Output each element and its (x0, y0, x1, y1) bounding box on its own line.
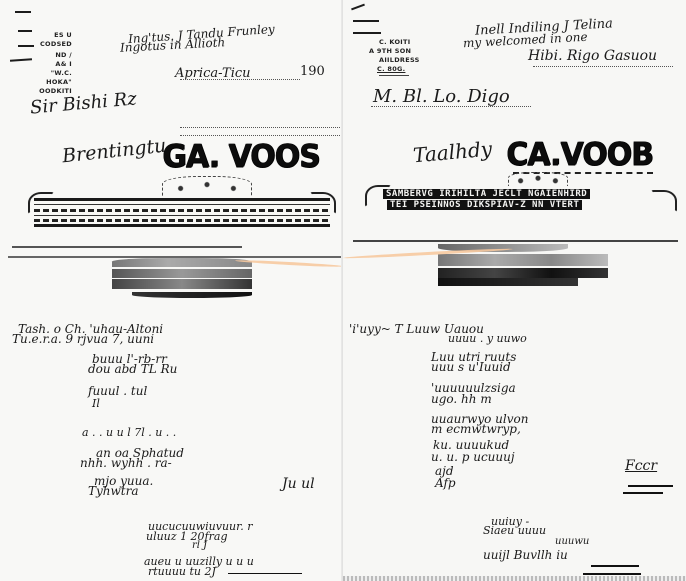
body-line: Tyhwtra (88, 484, 139, 498)
company-logo: CA.VOOB (506, 139, 653, 171)
crest-ornament (162, 176, 252, 196)
body-line: m ecmwtwryp, (431, 422, 521, 436)
letterhead-line: A& I (32, 60, 72, 69)
letterhead-dash (351, 4, 365, 11)
body-line: Afp (435, 476, 456, 490)
tagline-line: TEI PSEINNOS DIKSPIAV-Z NN VTERT (387, 200, 582, 210)
letterhead-dash (18, 30, 32, 32)
letterhead-dash (10, 58, 32, 62)
closing-line: rtuuuu tu 2J (148, 565, 216, 578)
closing-line: uluuz 1 20frag (146, 530, 228, 543)
scan-photo-strip (112, 258, 252, 304)
margin-underline (628, 485, 673, 487)
letterhead-line: AIILDRESS (369, 56, 419, 65)
opening-word: Brentingtu (61, 135, 167, 168)
salutation: M. Bl. Lo. Digo (373, 86, 510, 107)
closing-line: uuuwu (555, 536, 589, 547)
banner-flourish-icon (310, 192, 336, 214)
closing-line: uuijl Buvllh iu (483, 548, 568, 562)
margin-note: Fccr (625, 458, 657, 474)
letterhead-rule (180, 127, 342, 128)
letterhead-dash (353, 32, 381, 34)
body-line: uuuu . y uuwo (448, 332, 527, 345)
body-line: Il (92, 397, 100, 410)
letterhead-rule (180, 135, 342, 136)
letterhead-line: ES U (32, 31, 72, 40)
banner-flourish-icon (28, 192, 54, 214)
separator-rule (353, 240, 678, 242)
closing-line: Siaeu uuuu (483, 524, 546, 537)
letterhead-printed: C. KOITI A 9TH SON AIILDRESS C. 80G. (369, 38, 419, 74)
letterhead-line: ND / (32, 51, 72, 60)
body-line: ugo. hh m (431, 392, 492, 406)
year-fragment: 190 (300, 64, 325, 79)
letterhead-line: C. 80G. (369, 65, 419, 74)
letterhead-line: A 9TH SON (369, 47, 419, 56)
banner-flourish-icon (651, 190, 677, 212)
company-logo: GA. VOOS (162, 141, 320, 173)
body-line: a . . u u l 7l . u . . (82, 426, 176, 439)
signature-underline (583, 573, 641, 575)
banner-flourish-icon (365, 185, 391, 207)
date-rule (180, 79, 300, 80)
crest-ornament (508, 172, 568, 186)
signature-underline (591, 565, 639, 567)
body-line: Tu.e.r.a. 9 rjvua 7, uuni (12, 332, 154, 346)
salutation-rule (371, 106, 531, 107)
tagline-line: SAMBERVG IRIHILTA JECLT NGAIENHIRD (383, 189, 590, 199)
signature-underline (228, 573, 302, 574)
margin-underline (623, 492, 663, 494)
scan-edge (343, 576, 686, 581)
body-line: uuu s u'Iuuid (431, 360, 511, 374)
letterhead-printed: ES U CODSED ND / A& I "W.C. HOKA" OODKIT… (32, 31, 72, 96)
body-line: nhh. wyhh . ra- (80, 456, 172, 470)
letterhead-dash (353, 20, 379, 22)
decorative-banner (34, 196, 330, 228)
letterhead-rule (379, 75, 409, 76)
right-page: C. KOITI A 9TH SON AIILDRESS C. 80G. Ine… (343, 0, 686, 581)
margin-note: Ju ul (282, 476, 315, 492)
letterhead-line: C. KOITI (369, 38, 419, 47)
opening-word: Taalhdy (412, 137, 493, 168)
left-page: ES U CODSED ND / A& I "W.C. HOKA" OODKIT… (0, 0, 343, 581)
body-line: u. u. p ucuuuj (431, 450, 515, 464)
body-line: fuuul . tul (88, 384, 147, 398)
body-line: dou abd TL Ru (88, 362, 177, 376)
separator-rule (12, 246, 242, 248)
closing-line: rl J (192, 540, 207, 551)
header-handwriting: Hibi. Rigo Gasuou (528, 48, 657, 64)
letterhead-line: "W.C. HOKA" (32, 69, 72, 87)
letterhead-line: CODSED (32, 40, 72, 49)
date-rule (533, 66, 673, 67)
letterhead-dash (15, 11, 31, 13)
